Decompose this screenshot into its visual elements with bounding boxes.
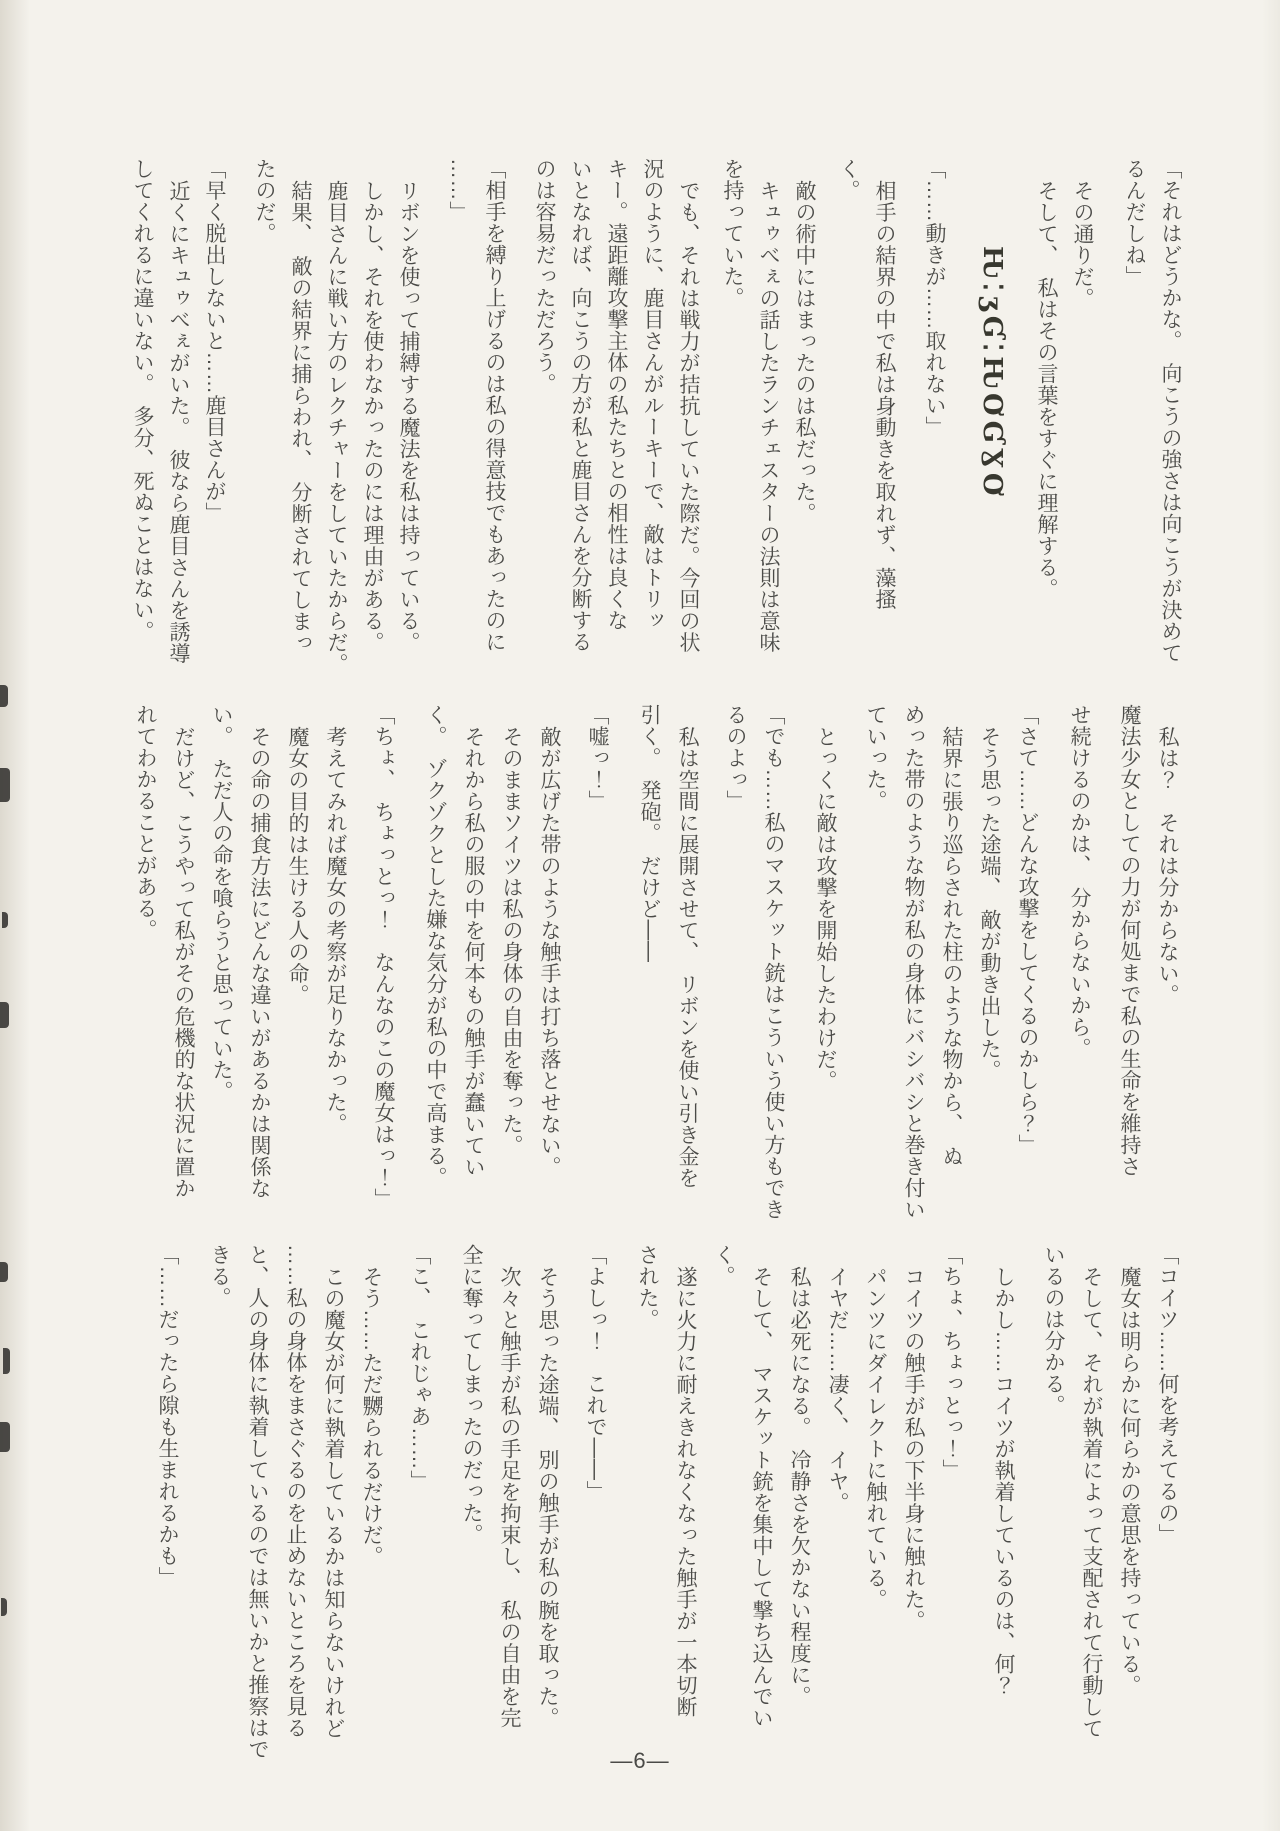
text-column: たのだ。 <box>246 158 282 706</box>
text-column: 敵の術中にはまったのは私だった。 <box>786 158 822 706</box>
text-column: 「ちょ、 ちょっとっ！ なんなのこの魔女はっ！」 <box>364 704 402 1252</box>
text-column: コイツの触手が私の下半身に触れた。 <box>894 1244 932 1792</box>
text-column: 敵が広げた帯のような触手は打ち落とせない。 <box>530 704 568 1252</box>
text-column: を持っていた。 <box>714 158 750 706</box>
page-number: —6— <box>0 1748 1280 1774</box>
text-column: 魔女の目的は生ける人の命。 <box>278 704 316 1252</box>
text-column: リボンを使って捕縛する魔法を私は持っている。 <box>390 158 426 706</box>
witch-runes: Ƕ⁚ʒƓ⁚ǶƠƓƔƠ <box>974 158 1010 706</box>
text-column: そして、 マスケット銃を集中して撃ち込んでい <box>742 1244 780 1792</box>
text-column: 「でも……私のマスケット銃はこういう使い方もでき <box>754 704 792 1252</box>
text-column: そして、それが執着によって支配されて行動して <box>1072 1244 1110 1792</box>
text-column: この魔女が何に執着しているかは知らないけれど <box>314 1244 352 1792</box>
text-column: い。 ただ人の命を喰らうと思っていた。 <box>202 704 240 1252</box>
text-column: れてわかることがある。 <box>126 704 164 1252</box>
text-column: 「ちょ、ちょっとっ！」 <box>932 1244 970 1792</box>
text-column: ていった。 <box>856 704 894 1252</box>
text-column: 魔女は明らかに何らかの意思を持っている。 <box>1110 1244 1148 1792</box>
text-column: 「早く脱出しないと……鹿目さんが」 <box>196 158 232 706</box>
text-column: いるのは分かる。 <box>1034 1244 1072 1792</box>
text-column: パンツにダイレクトに触れている。 <box>856 1244 894 1792</box>
text-column: いとなれば、向こうの方が私と鹿目さんを分断する <box>562 158 598 706</box>
text-column: せ続けるのかは、 分からないから。 <box>1060 704 1098 1252</box>
text-column: キー。遠距離攻撃主体の私たちとの相性は良くな <box>598 158 634 706</box>
text-column: 私は空間に展開させて、 リボンを使い引き金を <box>668 704 706 1252</box>
text-column: 「……動きが……取れない」 <box>916 158 952 706</box>
text-column: 「相手を縛り上げるのは私の得意技でもあったのに <box>476 158 512 706</box>
text-band-top: 「それはどうかな。 向こうの強さは向こうが決めてるんだしね」その通りだ。そして、… <box>124 158 1188 706</box>
text-column: 全に奪ってしまったのだった。 <box>452 1244 490 1792</box>
text-column: と、人の身体に執着しているのでは無いかと推察はで <box>238 1244 276 1792</box>
text-column: 引く。 発砲。 だけど―― <box>630 704 668 1252</box>
text-column: 私は？ それは分からない。 <box>1148 704 1186 1252</box>
text-column: その命の捕食方法にどんな違いがあるかは関係な <box>240 704 278 1252</box>
text-column: 結果、 敵の結界に捕らわれ、 分断されてしまっ <box>282 158 318 706</box>
scan-artifact <box>0 1422 10 1452</box>
text-column: しかし、それを使わなかったのには理由がある。 <box>354 158 390 706</box>
text-column: 「こ、 これじゃあ……」 <box>400 1244 438 1792</box>
text-column: してくれるに違いない。 多分、死ぬことはない。 <box>124 158 160 706</box>
text-column: 鹿目さんに戦い方のレクチャーをしていたからだ。 <box>318 158 354 706</box>
text-column: るのよっ」 <box>716 704 754 1252</box>
scan-artifact <box>0 1262 8 1282</box>
text-column: とっくに敵は攻撃を開始したわけだ。 <box>806 704 844 1252</box>
text-column: 「それはどうかな。 向こうの強さは向こうが決めて <box>1152 158 1188 706</box>
scanned-page: { "page": { "kind": "scanned vertical Ja… <box>0 0 1280 1831</box>
text-column: きる。 <box>200 1244 238 1792</box>
text-band-bottom: 「コイツ……何を考えてるの」魔女は明らかに何らかの意思を持っている。そして、それ… <box>148 1244 1186 1792</box>
text-column: ……私の身体をまさぐるのを止めないところを見る <box>276 1244 314 1792</box>
scan-artifact <box>0 1002 9 1028</box>
text-column: 考えてみれば魔女の考察が足りなかった。 <box>316 704 354 1252</box>
scan-artifact <box>3 1348 10 1374</box>
scan-artifact <box>1 1598 7 1616</box>
text-column: そう……ただ嬲られるだけだ。 <box>352 1244 390 1792</box>
scan-artifact <box>0 768 10 802</box>
text-column: 魔法少女としての力が何処まで私の生命を維持さ <box>1110 704 1148 1252</box>
text-column: 私は必死になる。 冷静さを欠かない程度に。 <box>780 1244 818 1792</box>
text-column: 「嘘っ！」 <box>578 704 616 1252</box>
text-column: 「コイツ……何を考えてるの」 <box>1148 1244 1186 1792</box>
text-column: そう思った途端、 別の触手が私の腕を取った。 <box>528 1244 566 1792</box>
text-column: だけど、こうやって私がその危機的な状況に置か <box>164 704 202 1252</box>
text-column: イヤだ……凄く、 イヤ。 <box>818 1244 856 1792</box>
text-column: 「よしっ！ これで――」 <box>576 1244 614 1792</box>
scan-artifact <box>2 912 8 928</box>
text-column: そう思った途端、 敵が動き出した。 <box>970 704 1008 1252</box>
text-column: された。 <box>628 1244 666 1792</box>
text-column: るんだしね」 <box>1116 158 1152 706</box>
text-column: キュゥべぇの話したランチェスターの法則は意味 <box>750 158 786 706</box>
text-column: 相手の結界の中で私は身動きを取れず、藻搔 <box>866 158 902 706</box>
text-column: 遂に火力に耐えきれなくなった触手が一本切断 <box>666 1244 704 1792</box>
text-column: 結界に張り巡らされた柱のような物から、 ぬ <box>932 704 970 1252</box>
text-column: く。 ゾクゾクとした嫌な気分が私の中で高まる。 <box>416 704 454 1252</box>
scan-artifact <box>0 685 8 707</box>
text-column: ……」 <box>440 158 476 706</box>
text-column: 次々と触手が私の手足を拘束し、 私の自由を完 <box>490 1244 528 1792</box>
text-column: めった帯のような物が私の身体にバシバシと巻き付い <box>894 704 932 1252</box>
text-column: く。 <box>830 158 866 706</box>
text-column: 「……だったら隙も生まれるかも」 <box>148 1244 186 1792</box>
text-column: そして、 私はその言葉をすぐに理解する。 <box>1028 158 1064 706</box>
text-column: 近くにキュゥべぇがいた。 彼なら鹿目さんを誘導 <box>160 158 196 706</box>
text-column: それから私の服の中を何本もの触手が蠢いてい <box>454 704 492 1252</box>
text-column: のは容易だっただろう。 <box>526 158 562 706</box>
text-column: その通りだ。 <box>1064 158 1100 706</box>
text-column: しかし……コイツが執着しているのは、何？ <box>984 1244 1022 1792</box>
text-column: 況のように、鹿目さんがルーキーで、敵はトリッ <box>634 158 670 706</box>
text-column: 「さて……どんな攻撃をしてくるのかしら？」 <box>1008 704 1046 1252</box>
text-column: そのままソイツは私の身体の自由を奪った。 <box>492 704 530 1252</box>
text-band-middle: 私は？ それは分からない。魔法少女としての力が何処まで私の生命を維持させ続けるの… <box>126 704 1186 1252</box>
text-column: でも、それは戦力が拮抗していた際だ。今回の状 <box>670 158 706 706</box>
text-column: く。 <box>704 1244 742 1792</box>
